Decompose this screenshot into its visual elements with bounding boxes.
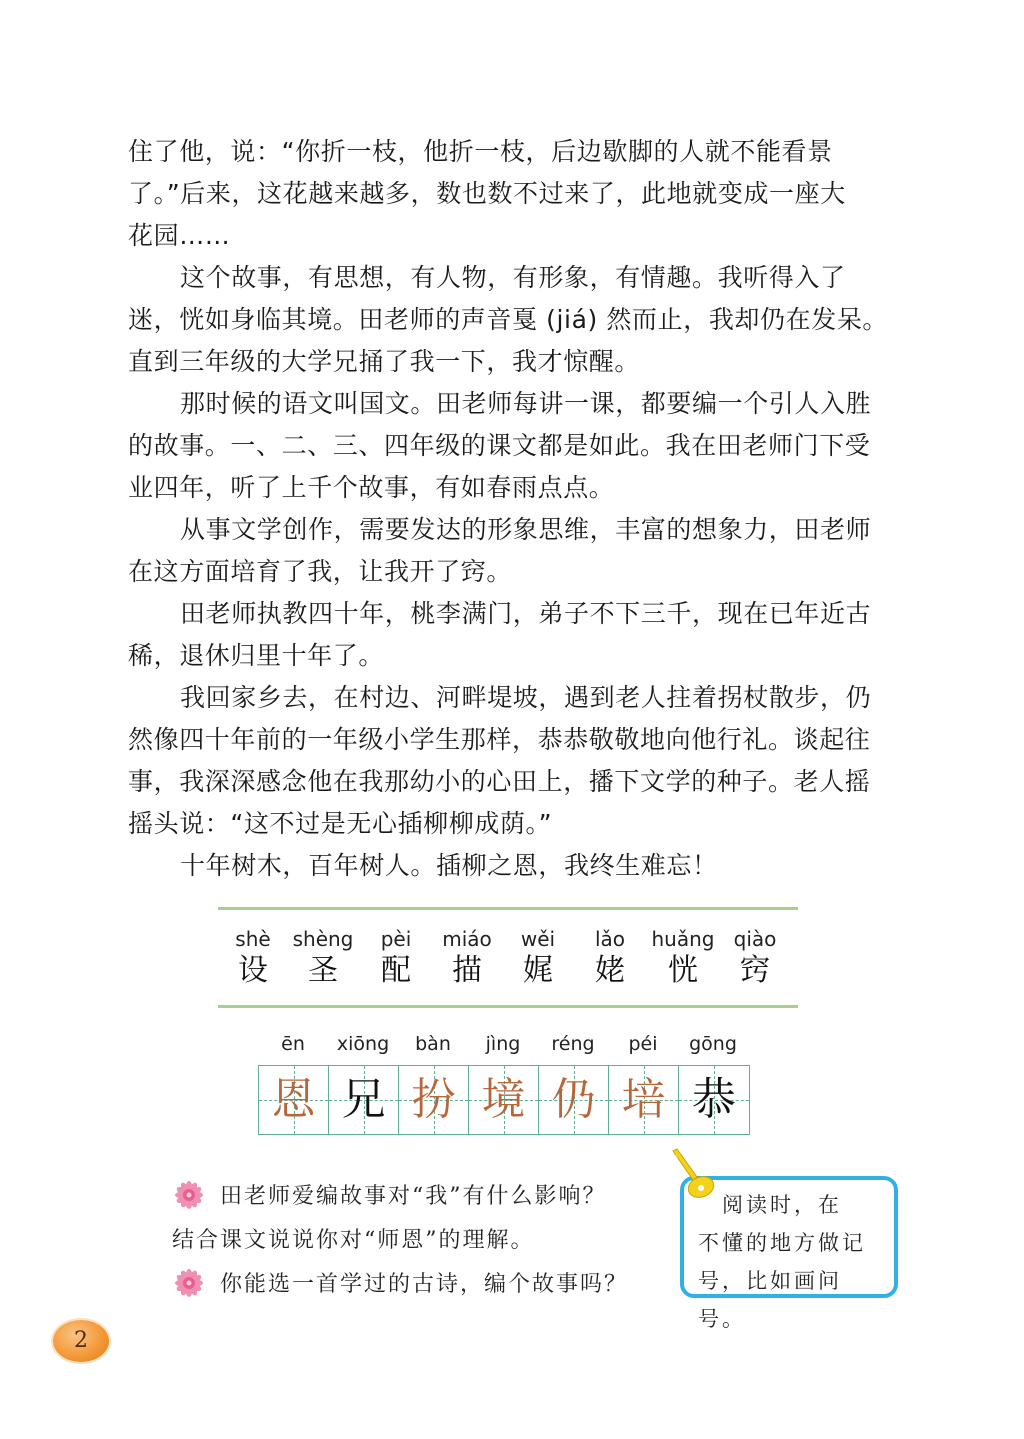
pinyin: shè [218,927,288,951]
character: 描 [432,953,502,989]
grid-cell: 恩 [259,1066,329,1134]
lesson-body-text: 住了他，说：“你折一枝，他折一枝，后边歇脚的人就不能看景 了。”后来，这花越来越… [128,131,898,887]
question-1-line-1: 田老师爱编故事对“我”有什么影响？ [172,1175,672,1219]
vocab-item: miáo 描 [432,927,502,989]
pinyin: xiōng [328,1033,398,1055]
character: 姥 [575,953,645,989]
vocab-item: shèng 圣 [288,927,358,989]
pinyin: péi [608,1033,678,1055]
pinyin: réng [538,1033,608,1055]
text-line: 摇头说：“这不过是无心插柳柳成荫。” [128,803,898,845]
pinyin: huǎng [648,927,718,951]
pinyin: jìng [468,1033,538,1055]
grid-cell: 仍 [539,1066,609,1134]
tip-line: 号，比如画问号。 [698,1262,888,1338]
character: 扮 [399,1066,468,1134]
character: 配 [361,953,431,989]
character: 圣 [288,953,358,989]
write-characters-grid: ēn xiōng bàn jìng réng péi gōng 恩 兄 扮 境 … [258,1033,758,1063]
character: 境 [469,1066,538,1134]
grid-cell: 恭 [679,1066,749,1134]
key-icon [667,1145,727,1205]
vocab-item: shè 设 [218,927,288,989]
vocab-item: qiào 窍 [720,927,790,989]
text-line: 事，我深深感念他在我那幼小的心田上，播下文学的种子。老人摇 [128,761,898,803]
character: 兄 [329,1066,398,1134]
pinyin: gōng [678,1033,748,1055]
exercise-questions: 田老师爱编故事对“我”有什么影响？ 结合课文说说你对“师恩”的理解。 [172,1175,672,1307]
question-text: 你能选一首学过的古诗，编个故事吗？ [220,1272,628,1297]
divider [218,1005,798,1008]
grid-cell: 培 [609,1066,679,1134]
tianzige-grid: 恩 兄 扮 境 仍 培 恭 [258,1065,750,1135]
tip-text: 阅读时，在 不懂的地方做记 号，比如画问号。 [698,1186,888,1338]
grid-cell: 境 [469,1066,539,1134]
pinyin: lǎo [575,927,645,951]
pinyin: pèi [361,927,431,951]
pinyin: wěi [503,927,573,951]
text-line: 了。”后来，这花越来越多，数也数不过来了，此地就变成一座大 [128,173,898,215]
grid-cell: 扮 [399,1066,469,1134]
divider [218,907,798,910]
question-1-line-2: 结合课文说说你对“师恩”的理解。 [172,1219,672,1263]
pinyin: shèng [288,927,358,951]
text-line: 业四年，听了上千个故事，有如春雨点点。 [128,467,898,509]
question-text: 田老师爱编故事对“我”有什么影响？ [220,1184,607,1209]
text-line: 花园…… [128,215,898,257]
recognize-characters-box: shè 设 shèng 圣 pèi 配 miáo 描 wěi 娓 lǎo 姥 h… [218,907,798,1007]
text-line: 住了他，说：“你折一枝，他折一枝，后边歇脚的人就不能看景 [128,131,898,173]
text-line: 这个故事，有思想，有人物，有形象，有情趣。我听得入了 [128,257,898,299]
text-line: 在这方面培育了我，让我开了窍。 [128,551,898,593]
vocab-item: huǎng 恍 [648,927,718,989]
text-line: 十年树木，百年树人。插柳之恩，我终生难忘！ [128,845,898,887]
text-line: 从事文学创作，需要发达的形象思维，丰富的想象力，田老师 [128,509,898,551]
pink-flower-icon [172,1178,206,1212]
pinyin-row: ēn xiōng bàn jìng réng péi gōng [258,1033,758,1063]
vocab-item: pèi 配 [361,927,431,989]
text-line: 然像四十年前的一年级小学生那样，恭恭敬敬地向他行礼。谈起往 [128,719,898,761]
character: 培 [609,1066,678,1134]
pinyin: qiào [720,927,790,951]
pink-flower-icon [172,1266,206,1300]
character: 仍 [539,1066,608,1134]
pinyin: ēn [258,1033,328,1055]
text-line: 那时候的语文叫国文。田老师每讲一课，都要编一个引人入胜 [128,383,898,425]
grid-cell: 兄 [329,1066,399,1134]
character: 恍 [648,953,718,989]
text-line: 稀，退休归里十年了。 [128,635,898,677]
character: 娓 [503,953,573,989]
character: 恩 [259,1066,328,1134]
page-number-badge: 2 [53,1320,109,1362]
question-2: 你能选一首学过的古诗，编个故事吗？ [172,1263,672,1307]
text-line: 的故事。一、二、三、四年级的课文都是如此。我在田老师门下受 [128,425,898,467]
vocab-item: wěi 娓 [503,927,573,989]
text-line: 我回家乡去，在村边、河畔堤坡，遇到老人拄着拐杖散步，仍 [128,677,898,719]
pinyin: bàn [398,1033,468,1055]
text-line: 迷，恍如身临其境。田老师的声音戛 (jiá) 然而止，我却仍在发呆。 [128,299,898,341]
text-line: 直到三年级的大学兄捅了我一下，我才惊醒。 [128,341,898,383]
character: 窍 [720,953,790,989]
character: 恭 [679,1066,749,1134]
textbook-page: 住了他，说：“你折一枝，他折一枝，后边歇脚的人就不能看景 了。”后来，这花越来越… [0,0,1024,1439]
text-line: 田老师执教四十年，桃李满门，弟子不下三千，现在已年近古 [128,593,898,635]
character: 设 [218,953,288,989]
tip-line: 不懂的地方做记 [698,1224,888,1262]
vocab-item: lǎo 姥 [575,927,645,989]
pinyin: miáo [432,927,502,951]
